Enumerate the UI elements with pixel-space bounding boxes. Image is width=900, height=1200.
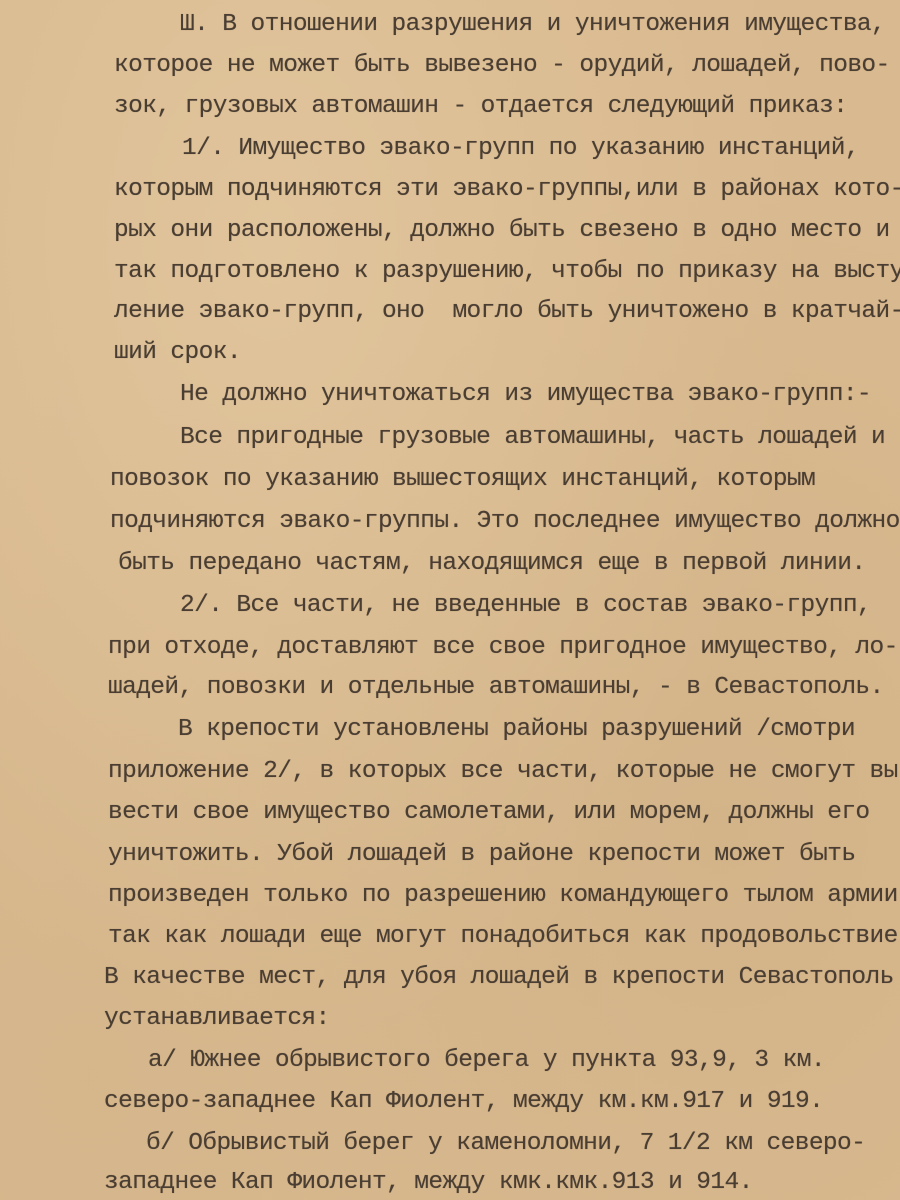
text-line: северо-западнее Кап Фиолент, между км.км… xyxy=(104,1087,823,1117)
text-line: 1/. Имущество эвако-групп по указанию ин… xyxy=(182,134,859,164)
text-line: В крепости установлены районы разрушений… xyxy=(178,715,855,745)
text-line: быть передано частям, находящимся еще в … xyxy=(118,549,865,579)
text-line: которым подчиняются эти эвако-группы,или… xyxy=(114,175,900,205)
text-line: так как лошади еще могут понадобиться ка… xyxy=(108,922,900,952)
text-line: приложение 2/, в которых все части, кото… xyxy=(108,757,900,787)
text-line: шадей, повозки и отдельные автомашины, -… xyxy=(108,673,884,703)
text-line: зок, грузовых автомашин - отдается следу… xyxy=(114,92,847,122)
text-line: произведен только по разрешению командую… xyxy=(108,881,900,911)
text-line: уничтожить. Убой лошадей в районе крепос… xyxy=(108,840,855,870)
text-line: ший срок. xyxy=(114,338,241,368)
text-line: б/ Обрывистый берег у каменоломни, 7 1/2… xyxy=(146,1129,865,1159)
text-line: вести свое имущество самолетами, или мор… xyxy=(108,798,870,828)
text-line: устанавливается: xyxy=(104,1004,330,1034)
text-line: подчиняются эвако-группы. Это последнее … xyxy=(110,507,900,537)
text-line: ление эвако-групп, оно могло быть уничто… xyxy=(114,297,900,327)
typewritten-document-page: Ш. В отношении разрушения и уничтожения … xyxy=(0,0,900,1200)
text-line: западнее Кап Фиолент, между кмк.кмк.913 … xyxy=(104,1168,753,1198)
text-line: 2/. Все части, не введенные в состав эва… xyxy=(180,591,871,621)
text-line: Ш. В отношении разрушения и уничтожения … xyxy=(180,10,885,40)
text-line: Все пригодные грузовые автомашины, часть… xyxy=(180,423,885,453)
text-line: повозок по указанию вышестоящих инстанци… xyxy=(110,465,815,495)
text-line: так подготовлено к разрушению, чтобы по … xyxy=(114,257,900,287)
text-line: при отходе, доставляют все свое пригодно… xyxy=(108,633,898,663)
text-line: В качестве мест, для убоя лошадей в креп… xyxy=(104,963,894,993)
text-line: рых они расположены, должно быть свезено… xyxy=(114,216,890,246)
text-line: Не должно уничтожаться из имущества эвак… xyxy=(180,380,871,410)
text-line: которое не может быть вывезено - орудий,… xyxy=(114,51,890,81)
text-line: а/ Южнее обрывистого берега у пункта 93,… xyxy=(148,1046,825,1076)
